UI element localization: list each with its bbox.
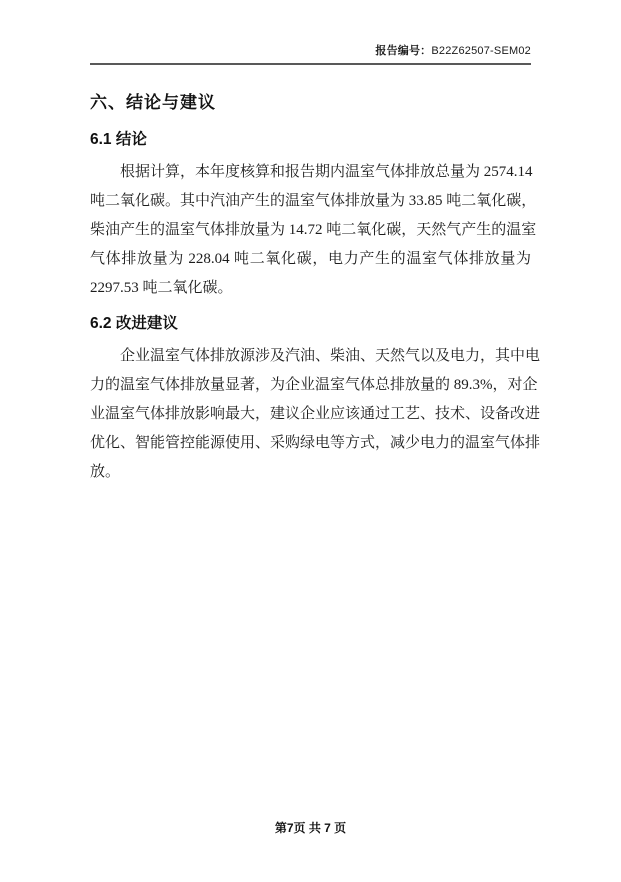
text-line: 吨二氧化碳。其中汽油产生的温室气体排放量为 33.85 吨二氧化碳， <box>90 187 531 216</box>
text-line: 业温室气体排放影响最大，建议企业应该通过工艺、技术、设备改进 <box>90 400 531 429</box>
text-line: 根据计算，本年度核算和报告期内温室气体排放总量为 2574.14 <box>90 158 531 187</box>
suggestions-paragraph: 企业温室气体排放源涉及汽油、柴油、天然气以及电力，其中电 力的温室气体排放量显著… <box>90 342 531 487</box>
page-header: 报告编号：B22Z62507-SEM02 <box>90 0 531 65</box>
page-footer: 第7页 共 7 页 <box>0 819 621 836</box>
text-line: 力的温室气体排放量显著，为企业温室气体总排放量的 89.3%，对企 <box>90 371 531 400</box>
text-line: 放。 <box>90 458 531 487</box>
document-page: 报告编号：B22Z62507-SEM02 六、结论与建议 6.1 结论 根据计算… <box>0 0 621 882</box>
text-line: 企业温室气体排放源涉及汽油、柴油、天然气以及电力，其中电 <box>90 342 531 371</box>
text-line: 优化、智能管控能源使用、采购绿电等方式，减少电力的温室气体排 <box>90 429 531 458</box>
text-line: 2297.53 吨二氧化碳。 <box>90 274 531 303</box>
subsection-heading-suggestions: 6.2 改进建议 <box>90 311 531 333</box>
report-number-value: B22Z62507-SEM02 <box>431 45 531 57</box>
page-content: 报告编号：B22Z62507-SEM02 六、结论与建议 6.1 结论 根据计算… <box>90 0 531 487</box>
text-line: 柴油产生的温室气体排放量为 14.72 吨二氧化碳，天然气产生的温室 <box>90 216 531 245</box>
text-line: 气体排放量为 228.04 吨二氧化碳，电力产生的温室气体排放量为 <box>90 245 531 274</box>
subsection-heading-conclusion: 6.1 结论 <box>90 127 531 149</box>
page-number: 第7页 共 7 页 <box>275 821 346 835</box>
report-number-label: 报告编号： <box>375 45 431 57</box>
section-heading: 六、结论与建议 <box>90 88 531 113</box>
conclusion-paragraph: 根据计算，本年度核算和报告期内温室气体排放总量为 2574.14 吨二氧化碳。其… <box>90 158 531 303</box>
